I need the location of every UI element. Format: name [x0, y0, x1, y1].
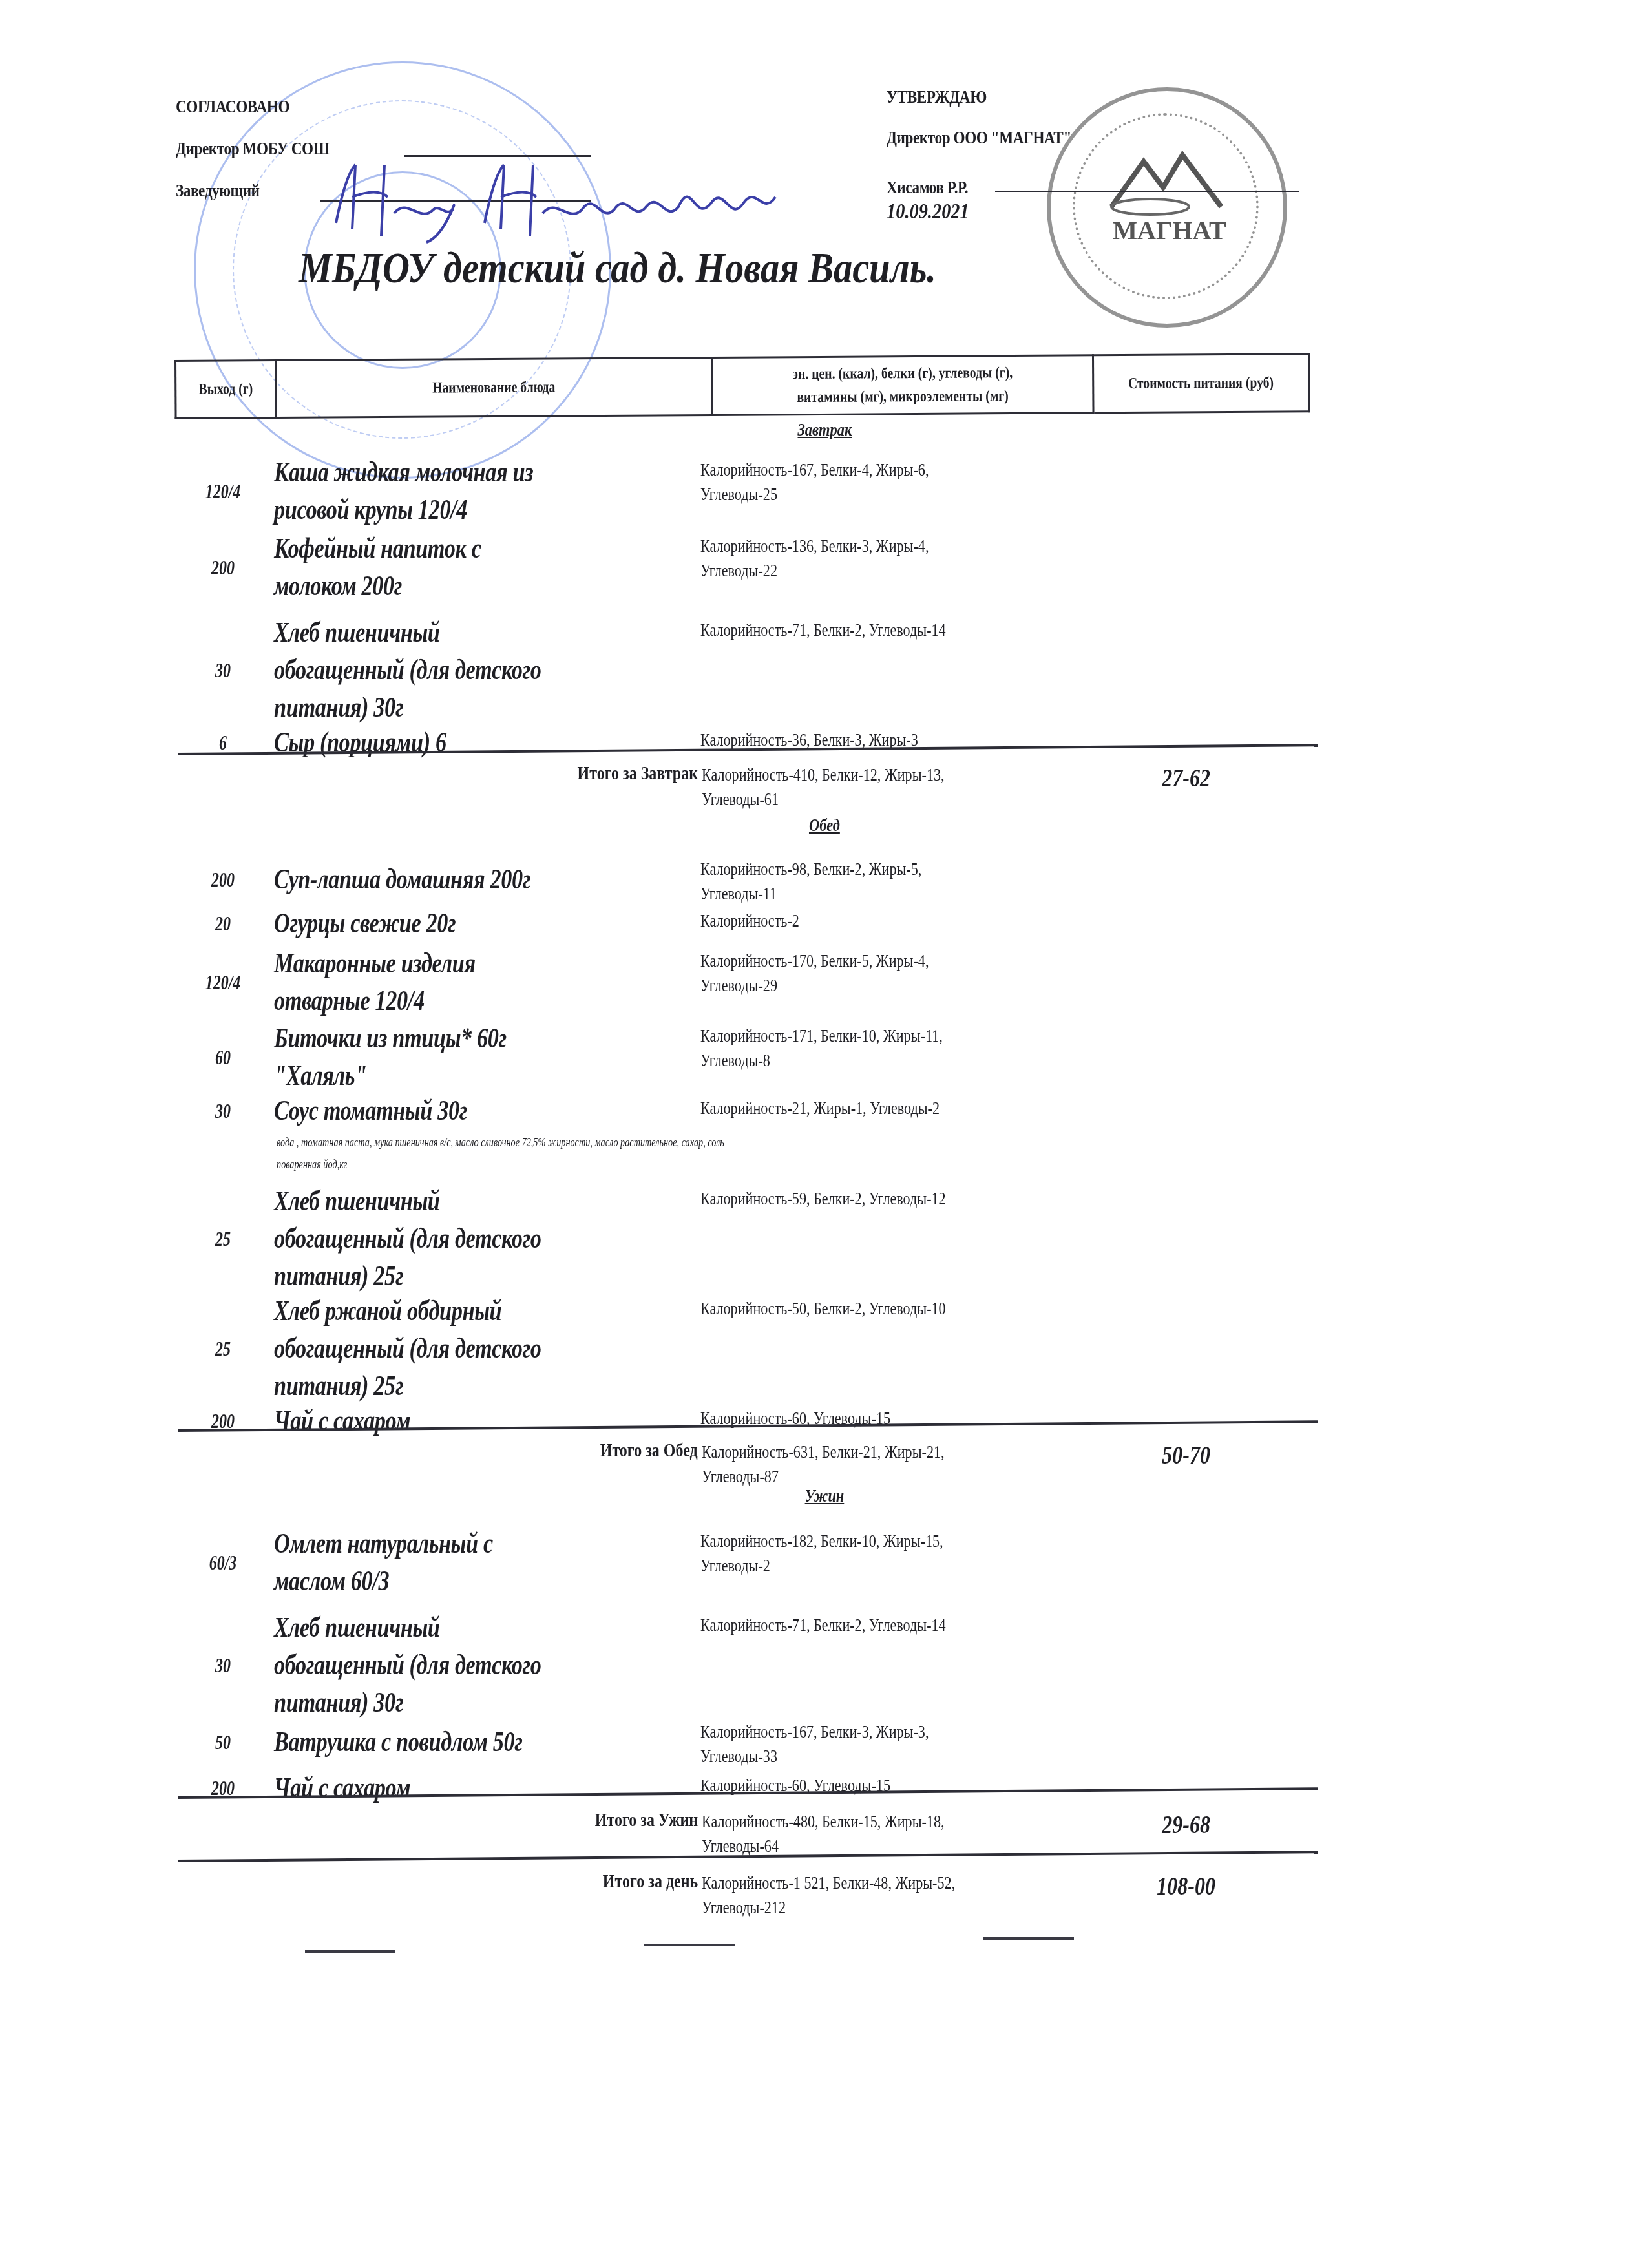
dish-name: Суп-лапша домашняя 200г [271, 861, 700, 898]
menu-row: 200Кофейный напиток смолоком 200гКалорий… [174, 530, 1318, 605]
handwritten-signature [323, 152, 801, 249]
nutrition-info: Калорийность-21, Жиры-1, Углеводы-2 [700, 1092, 1088, 1120]
output-weight: 30 [187, 1654, 260, 1677]
meal-section-title: Обед [0, 815, 1649, 836]
nutrition-line: Углеводы-25 [700, 482, 777, 507]
dish-name: Чай с сахаром [271, 1769, 700, 1807]
signature-blank-2 [644, 1944, 735, 1946]
total-cost: 108-00 [1064, 1871, 1309, 1920]
total-nutrition: Калорийность-480, Белки-15, Жиры-18,Угле… [698, 1809, 1064, 1858]
approval-date: 10.09.2021 [887, 200, 969, 224]
nutrition-line: Калорийность-167, Белки-4, Жиры-6, [700, 457, 929, 482]
nutrition-line: Углеводы-11 [700, 881, 777, 906]
meal-total-row: Итого за ЗавтракКалорийность-410, Белки-… [174, 762, 1318, 812]
nutrition-line: Углеводы-33 [700, 1744, 777, 1769]
dish-name: Огурцы свежие 20г [271, 905, 700, 942]
dish-name: Каша жидкая молочная изрисовой крупы 120… [271, 454, 700, 529]
header-dish: Наименование блюда [276, 357, 713, 417]
nutrition-line: Калорийность-171, Белки-10, Жиры-11, [700, 1024, 943, 1048]
approval-left-position: Директор МОБУ СОШ [176, 139, 330, 159]
output-weight: 60/3 [187, 1551, 260, 1575]
dish-name-line: маслом 60/3 [274, 1562, 389, 1600]
dish-name-line: Суп-лапша домашняя 200г [274, 861, 530, 898]
dish-name: Ватрушка с повидлом 50г [271, 1723, 700, 1761]
header-output: Выход (г) [176, 361, 277, 419]
nutrition-info: Калорийность-71, Белки-2, Углеводы-14 [700, 614, 1088, 642]
total-nutrition-line: Калорийность-631, Белки-21, Жиры-21, [702, 1440, 945, 1464]
menu-row: 6Сыр (порциями) 6Калорийность-36, Белки-… [174, 724, 1318, 761]
header-cost: Стоимость питания (руб) [1093, 354, 1309, 413]
ingredients-note: поваренная йод,кг [277, 1154, 347, 1176]
header-nutrition: эн. цен. (ккал), белки (г), углеводы (г)… [711, 355, 1093, 415]
nutrition-line: Калорийность-167, Белки-3, Жиры-3, [700, 1719, 929, 1744]
dish-name-line: обогащенный (для детского [274, 651, 541, 689]
dish-name: Кофейный напиток смолоком 200г [271, 530, 700, 605]
nutrition-info: Калорийность-2 [700, 905, 1088, 933]
nutrition-info: Калорийность-98, Белки-2, Жиры-5,Углевод… [700, 853, 1088, 906]
nutrition-line: Калорийность-71, Белки-2, Углеводы-14 [700, 618, 946, 642]
nutrition-info: Калорийность-136, Белки-3, Жиры-4,Углево… [700, 530, 1088, 583]
approval-left-role: Заведующий [176, 181, 260, 201]
total-nutrition-line: Калорийность-480, Белки-15, Жиры-18, [702, 1809, 945, 1834]
meal-name: Обед [809, 815, 840, 836]
total-nutrition-line: Углеводы-212 [702, 1895, 786, 1920]
output-weight: 120/4 [187, 971, 260, 994]
menu-table-header: Выход (г) Наименование блюда эн. цен. (к… [174, 353, 1310, 419]
dish-name-line: Хлеб пшеничный [274, 1182, 440, 1220]
director-signature-line [995, 191, 1299, 192]
menu-row: 30Хлеб пшеничныйобогащенный (для детског… [174, 614, 1318, 726]
dish-name: Хлеб ржаной обдирныйобогащенный (для дет… [271, 1292, 700, 1405]
meal-total-row: Итого за УжинКалорийность-480, Белки-15,… [174, 1809, 1318, 1858]
dish-name: Хлеб пшеничныйобогащенный (для детскогоп… [271, 1609, 700, 1721]
approval-right-position: Директор ООО "МАГНАТ" [887, 128, 1071, 148]
total-label: Итого за Обед [174, 1440, 698, 1489]
total-nutrition: Калорийность-410, Белки-12, Жиры-13,Угле… [698, 762, 1064, 812]
menu-row: 20Огурцы свежие 20гКалорийность-2 [174, 905, 1318, 942]
dish-name-line: Сыр (порциями) 6 [274, 724, 446, 761]
total-nutrition: Калорийность-631, Белки-21, Жиры-21,Угле… [698, 1440, 1064, 1489]
dish-name: Хлеб пшеничныйобогащенный (для детскогоп… [271, 1182, 700, 1295]
menu-row: 60/3Омлет натуральный смаслом 60/3Калори… [174, 1525, 1318, 1600]
nutrition-info: Калорийность-171, Белки-10, Жиры-11,Угле… [700, 1020, 1088, 1073]
dish-name-line: Чай с сахаром [274, 1769, 410, 1807]
menu-row: 30Хлеб пшеничныйобогащенный (для детског… [174, 1609, 1318, 1721]
menu-row: 50Ватрушка с повидлом 50гКалорийность-16… [174, 1716, 1318, 1769]
menu-row: 25Хлеб ржаной обдирныйобогащенный (для д… [174, 1292, 1318, 1405]
signature-blank-1 [305, 1950, 395, 1953]
dish-name-line: Омлет натуральный с [274, 1525, 493, 1562]
dish-name-line: Хлеб пшеничный [274, 614, 440, 651]
dish-name-line: Кофейный напиток с [274, 530, 481, 567]
menu-row: 60Биточки из птицы* 60г"Халяль"Калорийно… [174, 1020, 1318, 1095]
nutrition-info: Калорийность-71, Белки-2, Углеводы-14 [700, 1609, 1088, 1637]
nutrition-line: Калорийность-50, Белки-2, Углеводы-10 [700, 1296, 946, 1321]
dish-name-line: Хлеб ржаной обдирный [274, 1292, 501, 1330]
menu-row: 200Суп-лапша домашняя 200гКалорийность-9… [174, 853, 1318, 906]
approval-right-name: Хисамов Р.Р. [887, 178, 968, 198]
dish-name-line: Макаронные изделия [274, 945, 476, 982]
dish-name-line: питания) 25г [274, 1257, 403, 1295]
dish-name-line: обогащенный (для детского [274, 1646, 541, 1684]
output-weight: 25 [187, 1337, 260, 1361]
total-label: Итого за Ужин [174, 1809, 698, 1858]
nutrition-info: Калорийность-167, Белки-4, Жиры-6,Углево… [700, 454, 1088, 507]
dish-name-line: обогащенный (для детского [274, 1330, 541, 1367]
dish-name: Макаронные изделияотварные 120/4 [271, 945, 700, 1020]
nutrition-line: Калорийность-170, Белки-5, Жиры-4, [700, 949, 929, 973]
menu-row: 25Хлеб пшеничныйобогащенный (для детског… [174, 1182, 1318, 1295]
nutrition-line: Калорийность-71, Белки-2, Углеводы-14 [700, 1613, 946, 1637]
output-weight: 200 [187, 556, 260, 580]
output-weight: 200 [187, 868, 260, 892]
nutrition-line: Калорийность-2 [700, 908, 799, 933]
signature-blank-3 [983, 1937, 1074, 1940]
dish-name: Биточки из птицы* 60г"Халяль" [271, 1020, 700, 1095]
total-nutrition-line: Углеводы-61 [702, 787, 779, 812]
dish-name: Соус томатный 30г [271, 1092, 700, 1129]
output-weight: 25 [187, 1227, 260, 1251]
dish-name: Хлеб пшеничныйобогащенный (для детскогоп… [271, 614, 700, 726]
output-weight: 30 [187, 658, 260, 682]
menu-row: 200Чай с сахаромКалорийность-60, Углевод… [174, 1402, 1318, 1440]
dish-name: Сыр (порциями) 6 [271, 724, 700, 761]
dish-name: Чай с сахаром [271, 1402, 700, 1440]
total-nutrition-line: Калорийность-1 521, Белки-48, Жиры-52, [702, 1871, 955, 1895]
meal-section-title: Ужин [0, 1486, 1649, 1507]
output-weight: 120/4 [187, 479, 260, 503]
nutrition-line: Калорийность-136, Белки-3, Жиры-4, [700, 534, 929, 558]
nutrition-line: Углеводы-29 [700, 973, 777, 998]
approval-left-heading: СОГЛАСОВАНО [176, 97, 289, 117]
dish-name-line: Хлеб пшеничный [274, 1609, 440, 1646]
nutrition-line: Углеводы-22 [700, 558, 777, 583]
output-weight: 60 [187, 1045, 260, 1069]
menu-row: 120/4Макаронные изделияотварные 120/4Кал… [174, 945, 1318, 1020]
dish-name-line: Биточки из птицы* 60г [274, 1020, 507, 1057]
menu-row: 30Соус томатный 30гКалорийность-21, Жиры… [174, 1092, 1318, 1129]
nutrition-line: Калорийность-98, Белки-2, Жиры-5, [700, 857, 921, 881]
nutrition-line: Калорийность-182, Белки-10, Жиры-15, [700, 1529, 943, 1553]
page-title: МБДОУ детский сад д. Новая Василь. [299, 242, 936, 293]
output-weight: 6 [187, 731, 260, 755]
dish-name-line: питания) 30г [274, 689, 403, 726]
total-cost: 50-70 [1064, 1440, 1309, 1489]
total-nutrition: Калорийность-1 521, Белки-48, Жиры-52,Уг… [698, 1871, 1064, 1920]
dish-name-line: Чай с сахаром [274, 1402, 410, 1440]
output-weight: 20 [187, 912, 260, 936]
meal-section-title: Завтрак [0, 420, 1649, 441]
dish-name-line: отварные 120/4 [274, 982, 425, 1020]
dish-name-line: обогащенный (для детского [274, 1220, 541, 1257]
dish-name-line: Ватрушка с повидлом 50г [274, 1723, 523, 1761]
total-label: Итого за день [174, 1871, 698, 1920]
nutrition-info: Калорийность-182, Белки-10, Жиры-15,Угле… [700, 1525, 1088, 1578]
ingredients-note: вода , томатная паста, мука пшеничная в/… [277, 1132, 724, 1154]
menu-row: 120/4Каша жидкая молочная изрисовой круп… [174, 454, 1318, 529]
meal-total-row: Итого за ОбедКалорийность-631, Белки-21,… [174, 1440, 1318, 1489]
nutrition-info: Калорийность-167, Белки-3, Жиры-3,Углево… [700, 1716, 1088, 1769]
dish-name-line: молоком 200г [274, 567, 402, 605]
total-nutrition-line: Калорийность-410, Белки-12, Жиры-13, [702, 762, 945, 787]
nutrition-line: Углеводы-2 [700, 1553, 770, 1578]
dish-name-line: Каша жидкая молочная из [274, 454, 533, 491]
nutrition-line: Углеводы-8 [700, 1048, 770, 1073]
day-total-row: Итого за деньКалорийность-1 521, Белки-4… [174, 1871, 1318, 1920]
meal-name: Ужин [805, 1486, 845, 1507]
menu-row: 200Чай с сахаромКалорийность-60, Углевод… [174, 1769, 1318, 1807]
dish-name-line: Огурцы свежие 20г [274, 905, 456, 942]
approval-right-heading: УТВЕРЖДАЮ [887, 87, 987, 107]
output-weight: 50 [187, 1730, 260, 1754]
nutrition-info: Калорийность-50, Белки-2, Углеводы-10 [700, 1292, 1088, 1321]
nutrition-info: Калорийность-170, Белки-5, Жиры-4,Углево… [700, 945, 1088, 998]
dish-name-line: питания) 25г [274, 1367, 403, 1405]
svg-text:МАГНАТ: МАГНАТ [1113, 216, 1226, 245]
nutrition-info: Калорийность-59, Белки-2, Углеводы-12 [700, 1182, 1088, 1211]
meal-name: Завтрак [797, 420, 852, 441]
dish-name-line: рисовой крупы 120/4 [274, 491, 467, 529]
dish-name-line: Соус томатный 30г [274, 1092, 467, 1129]
dish-name-line: "Халяль" [274, 1057, 367, 1095]
total-label: Итого за Завтрак [174, 762, 698, 812]
dish-name: Омлет натуральный смаслом 60/3 [271, 1525, 700, 1600]
total-nutrition-line: Углеводы-87 [702, 1464, 779, 1489]
company-stamp-logo-icon: МАГНАТ [1092, 136, 1247, 265]
nutrition-line: Калорийность-21, Жиры-1, Углеводы-2 [700, 1096, 940, 1120]
output-weight: 30 [187, 1099, 260, 1123]
nutrition-line: Калорийность-59, Белки-2, Углеводы-12 [700, 1186, 946, 1211]
total-cost: 27-62 [1064, 762, 1309, 812]
